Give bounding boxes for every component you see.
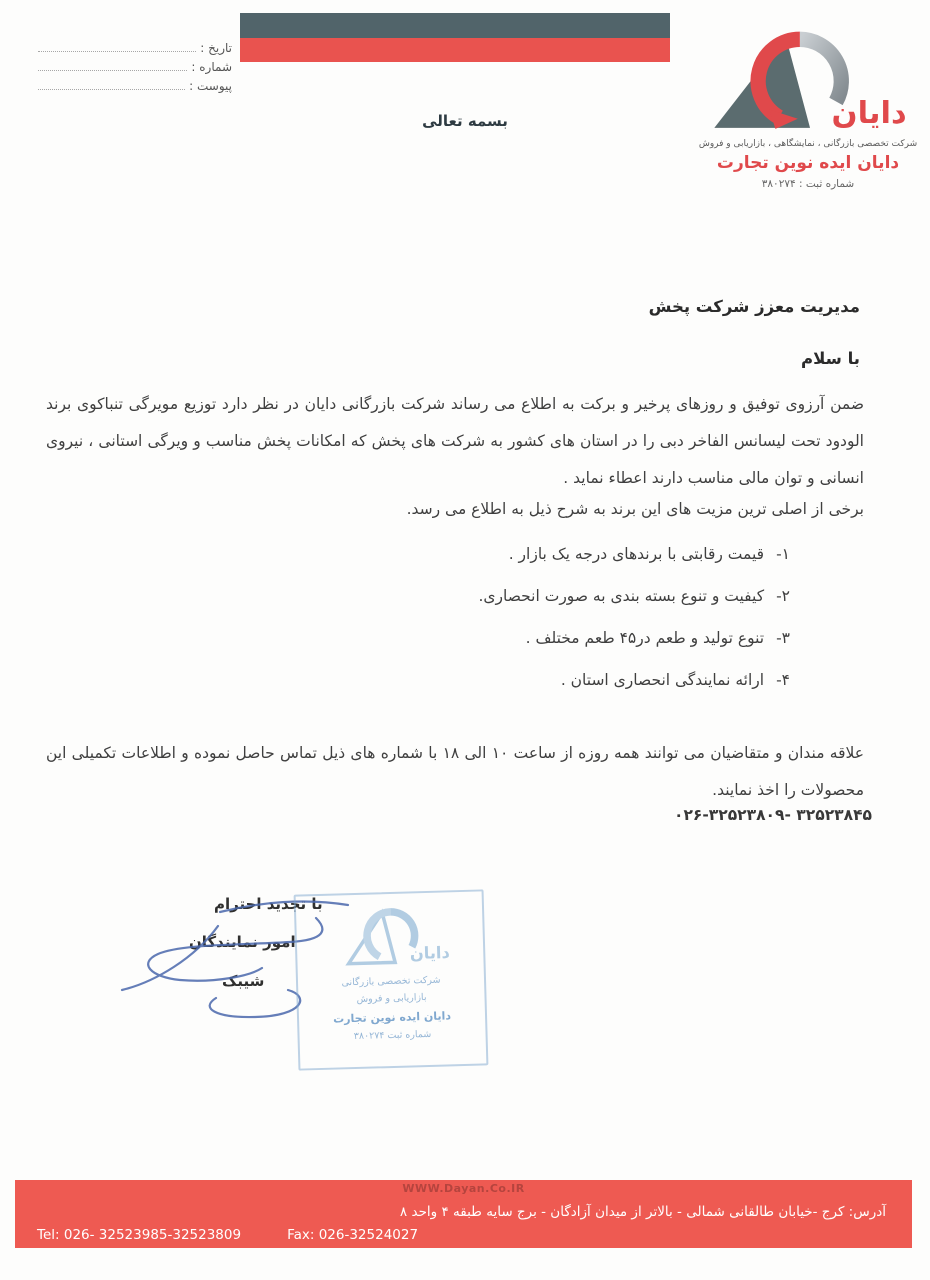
letterhead-banner xyxy=(240,13,670,62)
number-label: شماره : xyxy=(187,60,232,74)
footer-address: آدرس: کرج -خیابان طالقانی شمالی - بالاتر… xyxy=(400,1204,886,1220)
stamp-text-line: شرکت تخصصی بازرگانی xyxy=(298,973,484,989)
salutation-line: با سلام xyxy=(801,349,860,368)
list-item: ۲- کیفیت و تنوع بسته بندی به صورت انحصار… xyxy=(478,587,790,605)
date-blank-line xyxy=(38,51,196,52)
list-item: ۳- تنوع تولید و طعم در۴۵ طعم مختلف . xyxy=(478,629,790,647)
company-logo-block: دایان شرکت تخصصی بازرگانی ، نمایشگاهی ، … xyxy=(698,22,918,190)
svg-text:دایان: دایان xyxy=(832,96,907,131)
banner-red-stripe xyxy=(240,38,670,62)
footer-band: WWW.Dayan.Co.IR آدرس: کرج -خیابان طالقان… xyxy=(15,1180,912,1248)
svg-text:دایان: دایان xyxy=(410,943,451,963)
body-paragraph-1: ضمن آرزوی توفیق و روزهای پرخیر و برکت به… xyxy=(46,386,864,497)
logo-tagline: شرکت تخصصی بازرگانی ، نمایشگاهی ، بازاری… xyxy=(698,139,918,149)
number-field: شماره : xyxy=(38,55,232,74)
reference-fields: تاریخ : شماره : پیوست : xyxy=(38,36,232,93)
number-blank-line xyxy=(38,70,187,71)
item-number: ۴- xyxy=(776,671,790,689)
footer-tel: Tel: 026- 32523985-32523809 xyxy=(37,1227,241,1243)
benefits-intro-line: برخی از اصلی ترین مزیت های این برند به ش… xyxy=(407,500,864,518)
attachment-label: پیوست : xyxy=(185,79,232,93)
item-text: کیفیت و تنوع بسته بندی به صورت انحصاری. xyxy=(478,587,764,605)
footer-website: WWW.Dayan.Co.IR xyxy=(15,1182,912,1195)
stamp-company-name: دایان ایده نوین تجارت xyxy=(299,1008,485,1026)
item-number: ۱- xyxy=(776,545,790,563)
banner-dark-stripe xyxy=(240,13,670,38)
company-name: دایان ایده نوین تجارت xyxy=(698,153,918,173)
company-stamp: دایان شرکت تخصصی بازرگانی بازاریابی و فر… xyxy=(294,889,489,1070)
stamp-logo-icon: دایان xyxy=(329,900,451,967)
registration-number: شماره ثبت : ۳۸۰۲۷۴ xyxy=(698,178,918,190)
bismillah-heading: بسمه تعالی xyxy=(375,112,555,130)
date-label: تاریخ : xyxy=(196,41,232,55)
item-number: ۳- xyxy=(776,629,790,647)
list-item: ۱- قیمت رقابتی با برندهای درجه یک بازار … xyxy=(478,545,790,563)
recipient-line: مدیریت معزز شرکت پخش xyxy=(649,297,860,316)
attachment-blank-line xyxy=(38,89,185,90)
date-field: تاریخ : xyxy=(38,36,232,55)
item-number: ۲- xyxy=(776,587,790,605)
dayan-logo-icon: دایان xyxy=(705,22,911,134)
stamp-registration: شماره ثبت ۳۸۰۲۷۴ xyxy=(299,1027,485,1043)
scanned-letter-page: تاریخ : شماره : پیوست : xyxy=(0,0,930,1280)
footer-contact: Tel: 026- 32523985-32523809 Fax: 026-325… xyxy=(37,1227,418,1243)
item-text: تنوع تولید و طعم در۴۵ طعم مختلف . xyxy=(526,629,764,647)
list-item: ۴- ارائه نمایندگی انحصاری استان . xyxy=(478,671,790,689)
stamp-text-line: بازاریابی و فروش xyxy=(298,990,484,1006)
item-text: ارائه نمایندگی انحصاری استان . xyxy=(561,671,764,689)
benefits-list: ۱- قیمت رقابتی با برندهای درجه یک بازار … xyxy=(478,545,790,713)
attachment-field: پیوست : xyxy=(38,74,232,93)
item-text: قیمت رقابتی با برندهای درجه یک بازار . xyxy=(509,545,764,563)
contact-phone-numbers: ۰۲۶-۳۲۵۲۳۸۰۹- ۳۲۵۲۳۸۴۵ xyxy=(674,806,872,824)
closing-paragraph: علاقه مندان و متقاضیان می توانند همه روز… xyxy=(46,735,864,809)
footer-fax: Fax: 026-32524027 xyxy=(287,1227,418,1243)
